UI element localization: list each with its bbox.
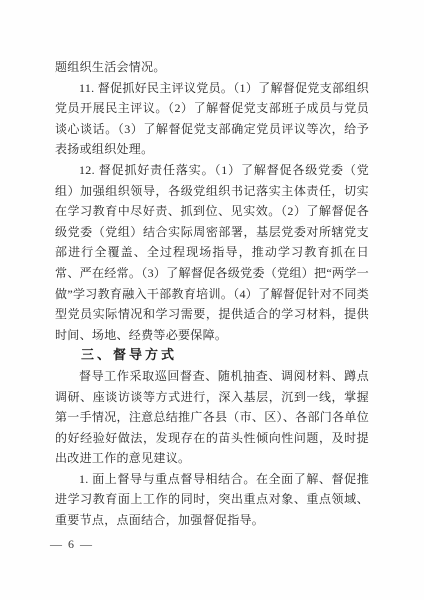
document-page: 题组织生活会情况。 11. 督促抓好民主评议党员。（1）了解督促党支部组织党员开… <box>0 0 424 600</box>
paragraph-item-1: 1. 面上督导与重点督导相结合。在全面了解、督促推进学习教育面上工作的同时，突出… <box>55 469 369 531</box>
paragraph-continuation: 题组织生活会情况。 <box>55 57 369 78</box>
paragraph-item-12: 12. 督促抓好责任落实。（1）了解督促各级党委（党组）加强组织领导，各级党组织… <box>55 160 369 345</box>
paragraph-method-overview: 督导工作采取巡回督查、随机抽查、调阅材料、蹲点调研、座谈访谈等方式进行，深入基层… <box>55 366 369 469</box>
page-number: — 6 — <box>50 537 94 552</box>
document-text-block: 题组织生活会情况。 11. 督促抓好民主评议党员。（1）了解督促党支部组织党员开… <box>55 57 369 531</box>
item-11-lead: 11. 督促抓好民主评议党员。 <box>79 81 233 95</box>
section-heading: 三、督导方式 <box>55 345 369 366</box>
paragraph-item-11: 11. 督促抓好民主评议党员。（1）了解督促党支部组织党员开展民主评议。（2）了… <box>55 78 369 160</box>
item-12-lead: 12. 督促抓好责任落实。 <box>79 163 214 177</box>
item-1-lead: 1. 面上督导与重点督导相结合。 <box>79 472 256 486</box>
item-12-text: （1）了解督促各级党委（党组）加强组织领导，各级党组织书记落实主体责任，切实在学… <box>55 163 369 342</box>
